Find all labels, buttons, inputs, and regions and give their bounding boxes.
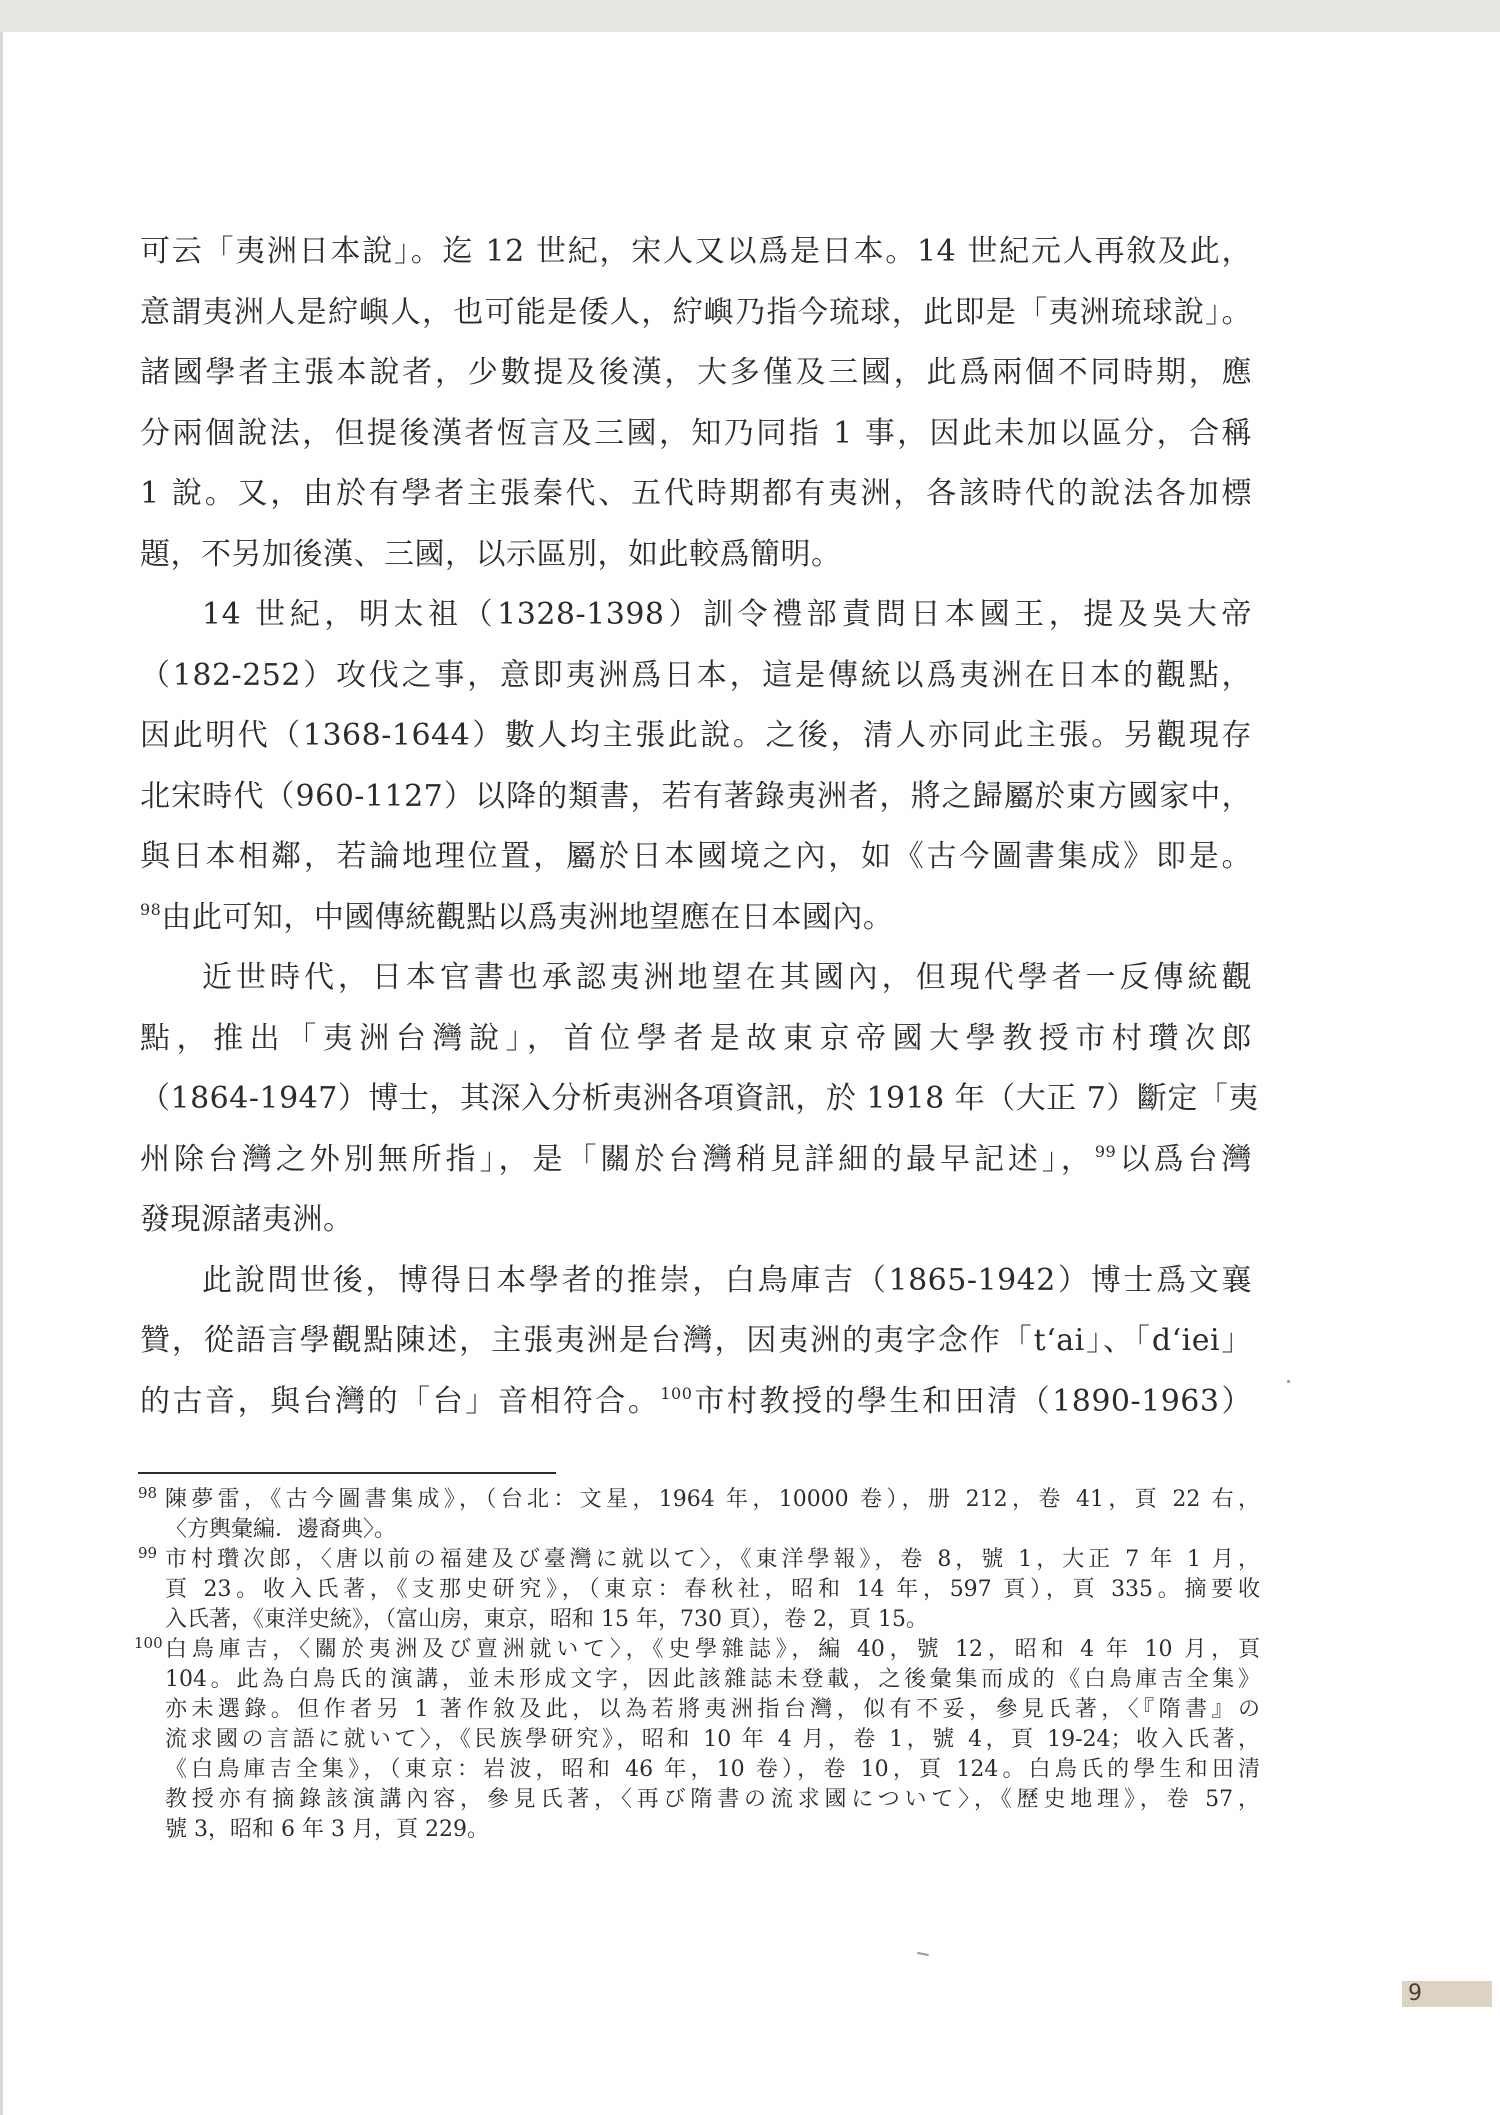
text-line: （1864-1947）博士，其深入分析夷洲各項資訊，於 1918 年（大正 7）…	[140, 1069, 1252, 1130]
text-line: 可云「夷洲日本說」。迄 12 世紀，宋人又以爲是日本。14 世紀元人再敘及此，	[140, 222, 1252, 283]
text-line: 此說問世後，博得日本學者的推崇，白鳥庫吉（1865-1942）博士爲文襄	[140, 1251, 1252, 1312]
footnote-line: 教授亦有摘錄該演講內容，參見氏著，〈再び隋書の流求國について〉，《歷史地理》，卷…	[165, 1785, 1260, 1815]
text-line: 諸國學者主張本說者，少數提及後漢，大多僅及三國，此爲兩個不同時期，應	[140, 343, 1252, 404]
text-span: 以爲台灣	[1116, 1142, 1252, 1177]
text-line: 贊，從語言學觀點陳述，主張夷洲是台灣，因夷洲的夷字念作「t‘ai」、「d‘iei…	[140, 1311, 1252, 1372]
footnote-ref-100[interactable]: 100	[660, 1384, 692, 1403]
footnote-divider	[138, 1472, 556, 1474]
footnote-line: 《白鳥庫吉全集》，（東京：岩波，昭和 46 年，10 卷），卷 10，頁 124…	[165, 1755, 1260, 1785]
footnote-number: 100	[134, 1628, 163, 1658]
body-text: 可云「夷洲日本說」。迄 12 世紀，宋人又以爲是日本。14 世紀元人再敘及此， …	[140, 222, 1252, 1432]
text-line: 98由此可知，中國傳統觀點以爲夷洲地望應在日本國內。	[140, 888, 1252, 949]
text-line: 點，推出「夷洲台灣說」，首位學者是故東京帝國大學教授市村瓚次郎	[140, 1009, 1252, 1070]
text-line: 意謂夷洲人是紵嶼人，也可能是倭人，紵嶼乃指今琉球，此即是「夷洲琉球說」。	[140, 283, 1252, 344]
footnote-line: 市村瓚次郎，〈唐以前の福建及び臺灣に就以て〉，《東洋學報》，卷 8，號 1，大正…	[165, 1545, 1260, 1575]
text-line: 北宋時代（960-1127）以降的類書，若有著錄夷洲者，將之歸屬於東方國家中，	[140, 767, 1252, 828]
text-line: 近世時代，日本官書也承認夷洲地望在其國內，但現代學者一反傳統觀	[140, 948, 1252, 1009]
paragraph: 14 世紀，明太祖（1328-1398）訓令禮部責問日本國王，提及吳大帝 （18…	[140, 585, 1252, 948]
footnote-line: 頁 23。收入氏著，《支那史研究》，（東京：春秋社，昭和 14 年，597 頁）…	[165, 1575, 1260, 1605]
scan-top-band	[0, 0, 1500, 32]
footnote-line: 白鳥庫吉，〈關於夷洲及び亶洲就いて〉，《史學雜誌》，編 40，號 12，昭和 4…	[165, 1635, 1260, 1665]
text-line: （182-252）攻伐之事，意即夷洲爲日本，這是傳統以爲夷洲在日本的觀點，	[140, 646, 1252, 707]
text-span: 州除台灣之外別無所指」，是「關於台灣稍見詳細的最早記述」，	[140, 1142, 1095, 1177]
footnote-line: 號 3，昭和 6 年 3 月，頁 229。	[165, 1815, 1260, 1845]
text-line: 州除台灣之外別無所指」，是「關於台灣稍見詳細的最早記述」，99以爲台灣	[140, 1130, 1252, 1191]
scan-left-edge	[0, 32, 3, 2115]
text-span: 的古音，與台灣的「台」音相符合。	[140, 1384, 660, 1419]
text-line: 與日本相鄰，若論地理位置，屬於日本國境之內，如《古今圖書集成》即是。	[140, 827, 1252, 888]
footnote-line: 104。此為白鳥氏的演講，並未形成文字，因此該雜誌未登載，之後彙集而成的《白鳥庫…	[165, 1665, 1260, 1695]
paragraph: 此說問世後，博得日本學者的推崇，白鳥庫吉（1865-1942）博士爲文襄 贊，從…	[140, 1251, 1252, 1433]
footnote-line: 流求國の言語に就いて〉，《民族學研究》，昭和 10 年 4 月，卷 1，號 4，…	[165, 1725, 1260, 1755]
footnotes: 98 陳夢雷，《古今圖書集成》，（台北：文星，1964 年，10000 卷），册…	[140, 1485, 1260, 1845]
scan-speck	[917, 1952, 929, 1956]
footnote-ref-98[interactable]: 98	[140, 900, 161, 919]
text-line: 的古音，與台灣的「台」音相符合。100市村教授的學生和田清（1890-1963）	[140, 1372, 1252, 1433]
footnote-number: 98	[138, 1478, 157, 1508]
text-line: 因此明代（1368-1644）數人均主張此說。之後，清人亦同此主張。另觀現存	[140, 706, 1252, 767]
page-number: 9	[1402, 1981, 1492, 2007]
text-span: 市村教授的學生和田清（1890-1963）	[692, 1384, 1252, 1419]
text-span: 由此可知，中國傳統觀點以爲夷洲地望應在日本國內。	[161, 900, 893, 935]
footnote-line: 入氏著，《東洋史統》，（富山房，東京，昭和 15 年，730 頁），卷 2，頁 …	[165, 1605, 1260, 1635]
scan-speck	[1287, 1380, 1290, 1383]
footnote-100: 100 白鳥庫吉，〈關於夷洲及び亶洲就いて〉，《史學雜誌》，編 40，號 12，…	[140, 1635, 1260, 1845]
text-line: 1 說。又，由於有學者主張秦代、五代時期都有夷洲，各該時代的說法各加標	[140, 464, 1252, 525]
text-line: 題，不另加後漢、三國，以示區別，如此較爲簡明。	[140, 525, 1252, 586]
footnote-line: 陳夢雷，《古今圖書集成》，（台北：文星，1964 年，10000 卷），册 21…	[165, 1485, 1260, 1515]
footnote-98: 98 陳夢雷，《古今圖書集成》，（台北：文星，1964 年，10000 卷），册…	[140, 1485, 1260, 1545]
footnote-number: 99	[138, 1538, 157, 1568]
paragraph: 可云「夷洲日本說」。迄 12 世紀，宋人又以爲是日本。14 世紀元人再敘及此， …	[140, 222, 1252, 585]
text-line: 分兩個說法，但提後漢者恆言及三國，知乃同指 1 事，因此未加以區分，合稱	[140, 404, 1252, 465]
footnote-line: 〈方輿彙編．邊裔典〉。	[165, 1515, 1260, 1545]
footnote-line: 亦未選錄。但作者另 1 著作敘及此，以為若將夷洲指台灣，似有不妥，參見氏著，〈『…	[165, 1695, 1260, 1725]
text-line: 14 世紀，明太祖（1328-1398）訓令禮部責問日本國王，提及吳大帝	[140, 585, 1252, 646]
paragraph: 近世時代，日本官書也承認夷洲地望在其國內，但現代學者一反傳統觀 點，推出「夷洲台…	[140, 948, 1252, 1251]
footnote-99: 99 市村瓚次郎，〈唐以前の福建及び臺灣に就以て〉，《東洋學報》，卷 8，號 1…	[140, 1545, 1260, 1635]
footnote-ref-99[interactable]: 99	[1095, 1142, 1116, 1161]
text-line: 發現源諸夷洲。	[140, 1190, 1252, 1251]
